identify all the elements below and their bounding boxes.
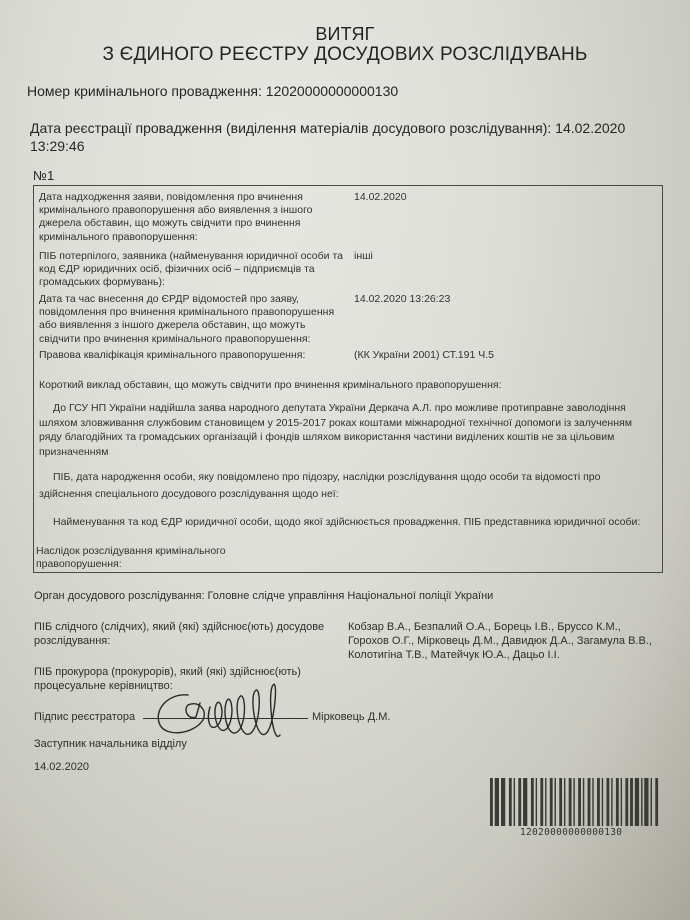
investigators-label: ПІБ слідчого (слідчих), який (які) здійс…	[34, 620, 334, 648]
victim-label: ПІБ потерпілого, заявника (найменування …	[39, 250, 344, 290]
result-label: Наслідок розслідування кримінального пра…	[36, 545, 236, 571]
registrar-name: Мірковець Д.М.	[312, 710, 390, 724]
barcode-number: 12020000000000130	[520, 827, 622, 838]
summary-label: Короткий виклад обставин, що можуть свід…	[39, 379, 654, 392]
registrar-signature-label: Підпис реєстратора	[34, 710, 135, 724]
summary-text: До ГСУ НП України надійшла заява народно…	[39, 401, 654, 459]
qualification-label: Правова кваліфікація кримінального право…	[39, 349, 344, 362]
legal-entity-label: Найменування та код ЄДР юридичної особи,…	[39, 516, 654, 529]
registration-date-line2: 13:29:46	[30, 137, 650, 155]
document-title: ВИТЯГ	[0, 24, 690, 45]
victim-value: інші	[354, 250, 373, 263]
investigators-line: Кобзар В.А., Безпалий О.А., Борець І.В.,…	[348, 620, 652, 634]
qualification-value: (КК України 2001) СТ.191 Ч.5	[354, 349, 494, 362]
investigators-list: Кобзар В.А., Безпалий О.А., Борець І.В.,…	[348, 620, 652, 662]
entry-number: №1	[33, 168, 54, 183]
entered-label: Дата та час внесення до ЄРДР відомостей …	[39, 293, 344, 346]
investigation-authority: Орган досудового розслідування: Головне …	[34, 589, 493, 603]
document-page: ВИТЯГ З ЄДИНОГО РЕЄСТРУ ДОСУДОВИХ РОЗСЛІ…	[0, 0, 690, 920]
received-value: 14.02.2020	[354, 191, 407, 204]
registration-date-line1: Дата реєстрації провадження (виділення м…	[30, 119, 650, 137]
investigators-line: Колотигіна Т.В., Матейчук Ю.А., Дацьо І.…	[348, 648, 652, 662]
document-subtitle: З ЄДИНОГО РЕЄСТРУ ДОСУДОВИХ РОЗСЛІДУВАНЬ	[0, 44, 690, 66]
registrar-position: Заступник начальника відділу	[34, 737, 187, 751]
document-date: 14.02.2020	[34, 760, 89, 774]
case-number: Номер кримінального провадження: 1202000…	[27, 83, 398, 99]
record-box: Дата надходження заяви, повідомлення про…	[33, 185, 663, 573]
received-label: Дата надходження заяви, повідомлення про…	[39, 191, 344, 244]
suspect-label: ПІБ, дата народження особи, яку повідомл…	[39, 469, 654, 503]
registration-date: Дата реєстрації провадження (виділення м…	[30, 119, 650, 155]
investigators-line: Горохов О.Г., Мірковець Д.М., Давидюк Д.…	[348, 634, 652, 648]
entered-value: 14.02.2020 13:26:23	[354, 293, 450, 306]
barcode	[490, 778, 660, 826]
